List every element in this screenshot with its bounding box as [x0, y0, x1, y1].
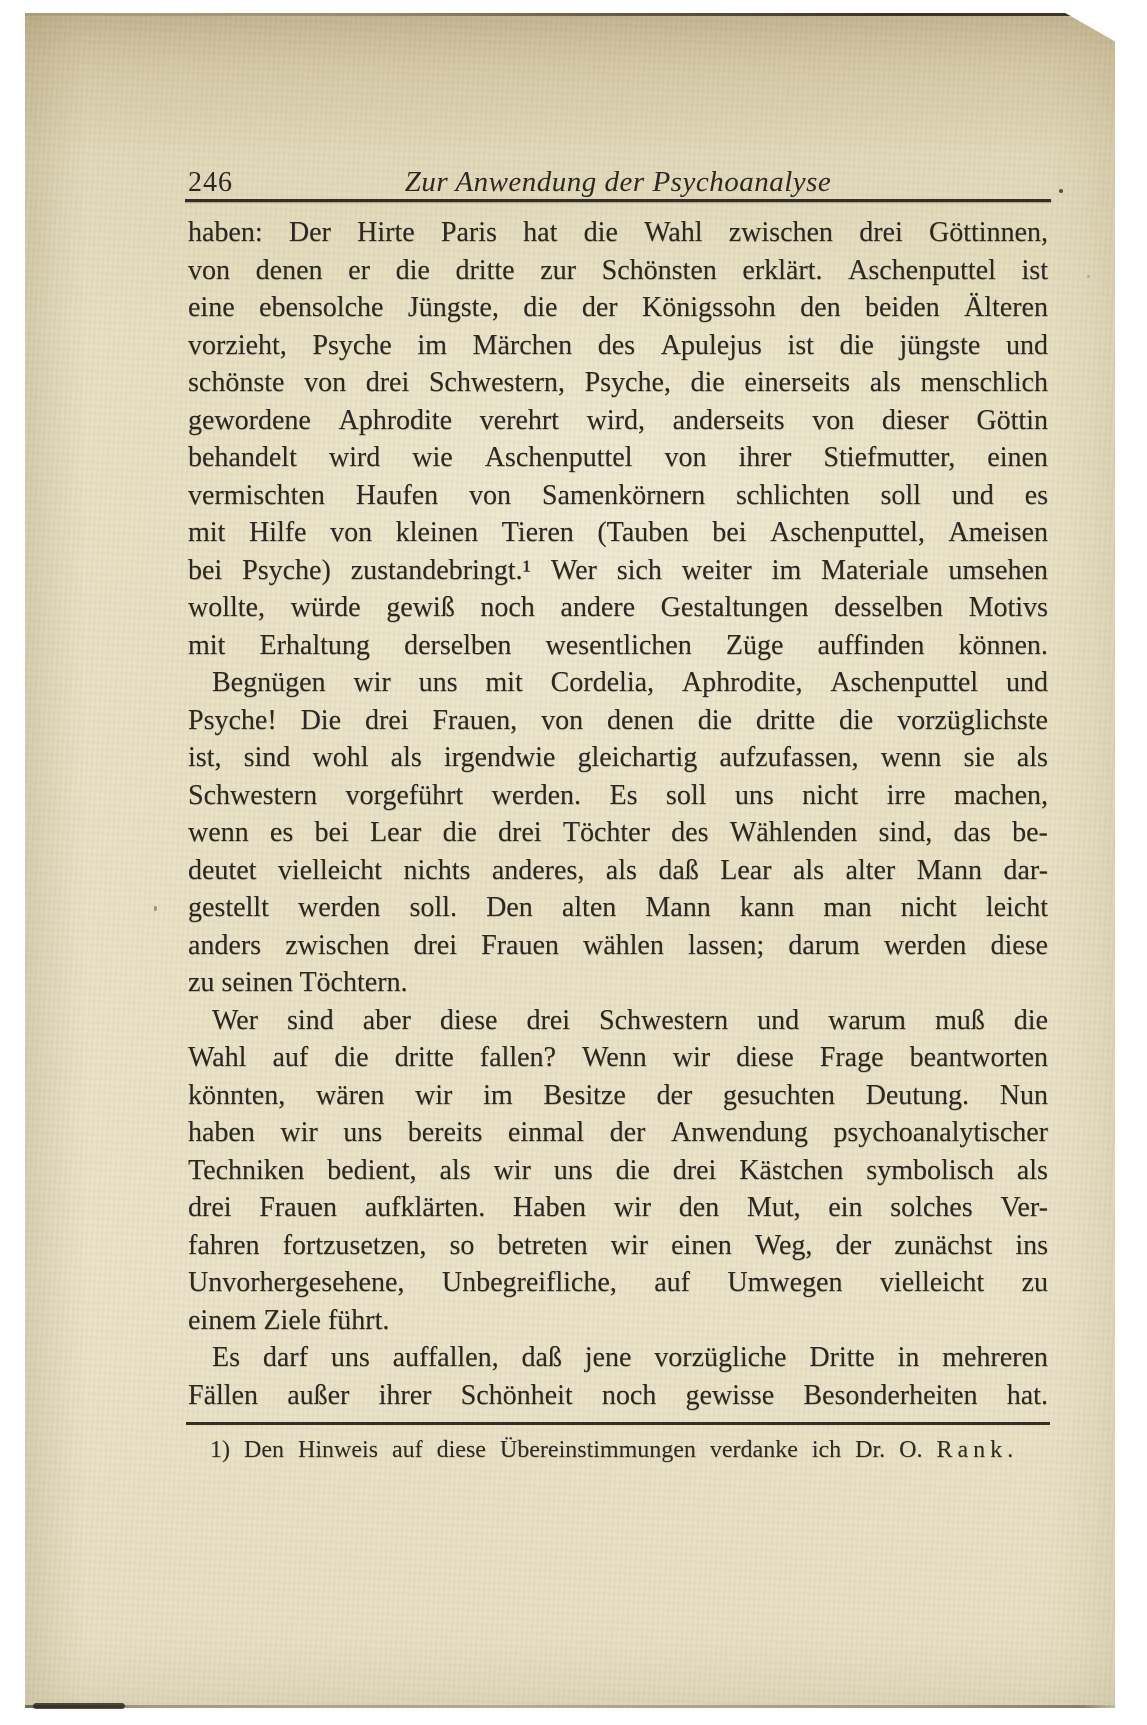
- text-line: vorzieht,PsycheimMärchendesApulejusistdi…: [188, 327, 1048, 365]
- footnote-separator-rule: [186, 1422, 1050, 1425]
- text-line: wollte,würdegewißnochandereGestaltungend…: [188, 589, 1048, 627]
- text-line: beiPsyche)zustandebringt.¹Wersichweiteri…: [188, 552, 1048, 590]
- text-line: WersindaberdiesedreiSchwesternundwarummu…: [188, 1002, 1048, 1040]
- text-line: gewordeneAphroditeverehrtwird,anderseits…: [188, 402, 1048, 440]
- text-line: ist,sindwohlalsirgendwiegleichartigaufzu…: [188, 739, 1048, 777]
- text-line: Wahlaufdiedrittefallen?WennwirdieseFrage…: [188, 1039, 1048, 1077]
- text-line: eineebensolcheJüngste,diederKönigssohnde…: [188, 289, 1048, 327]
- footnote-author-name: Rank.: [937, 1437, 1019, 1463]
- text-line: fahrenfortzusetzen,sobetretenwireinenWeg…: [188, 1227, 1048, 1265]
- footnote: 1) Den Hinweis auf diese Übereinstimmung…: [210, 1433, 1050, 1467]
- ink-speck: [154, 906, 157, 911]
- body-text: haben:DerHirteParishatdieWahlzwischendre…: [188, 214, 1048, 1414]
- text-line: Psyche!DiedreiFrauen,vondenendiedrittedi…: [188, 702, 1048, 740]
- ink-speck: [1059, 189, 1063, 193]
- text-line: vondenenerdiedrittezurSchönstenerklärt.A…: [188, 252, 1048, 290]
- page-bottom-edge-shadow: [25, 1705, 1115, 1708]
- footnote-marker: 1): [210, 1437, 230, 1463]
- text-line: anderszwischendreiFrauenwählenlassen;dar…: [188, 927, 1048, 965]
- header-rule: [185, 199, 1051, 202]
- text-line: mitHilfevonkleinenTieren(TaubenbeiAschen…: [188, 514, 1048, 552]
- text-line: schönstevondreiSchwestern,Psyche,dieeine…: [188, 364, 1048, 402]
- bottom-left-edge-mark: [33, 1703, 125, 1709]
- text-line: FällenaußerihrerSchönheitnochgewisseBeso…: [188, 1377, 1048, 1415]
- text-line: habenwirunsbereitseinmalderAnwendungpsyc…: [188, 1114, 1048, 1152]
- text-line: einem Ziele führt.: [188, 1302, 1048, 1340]
- text-line: behandeltwirdwieAschenputtelvonihrerStie…: [188, 439, 1048, 477]
- scanned-page-background: 246 Zur Anwendung der Psychoanalyse habe…: [0, 0, 1147, 1725]
- text-line: zu seinen Töchtern.: [188, 964, 1048, 1002]
- text-line: wennesbeiLeardiedreiTöchterdesWählendens…: [188, 814, 1048, 852]
- footnote-text: Den Hinweis auf diese Übereinstimmungen …: [244, 1437, 923, 1463]
- ink-speck: [1087, 275, 1090, 278]
- text-line: gestelltwerdensoll.DenaltenMannkannmanni…: [188, 889, 1048, 927]
- text-line: dreiFrauenaufklärten.HabenwirdenMut,eins…: [188, 1189, 1048, 1227]
- running-header: 246 Zur Anwendung der Psychoanalyse: [185, 161, 1051, 201]
- text-line: BegnügenwirunsmitCordelia,Aphrodite,Asch…: [188, 664, 1048, 702]
- text-line: Esdarfunsauffallen,daßjenevorzüglicheDri…: [188, 1339, 1048, 1377]
- page-top-edge-shadow: [25, 13, 1115, 16]
- text-line: mitErhaltungderselbenwesentlichenZügeauf…: [188, 627, 1048, 665]
- text-line: vermischtenHaufenvonSamenkörnernschlicht…: [188, 477, 1048, 515]
- text-line: Schwesternvorgeführtwerden.Essollunsnich…: [188, 777, 1048, 815]
- text-line: haben:DerHirteParishatdieWahlzwischendre…: [188, 214, 1048, 252]
- text-line: deutetvielleichtnichtsanderes,alsdaßLear…: [188, 852, 1048, 890]
- text-line: könnten,wärenwirimBesitzedergesuchtenDeu…: [188, 1077, 1048, 1115]
- text-line: Unvorhergesehene,Unbegreifliche,aufUmweg…: [188, 1264, 1048, 1302]
- book-page: 246 Zur Anwendung der Psychoanalyse habe…: [25, 13, 1115, 1708]
- top-right-corner-wedge: [1052, 12, 1116, 42]
- running-header-title: Zur Anwendung der Psychoanalyse: [185, 166, 1051, 199]
- text-line: Technikenbedient,alswirunsdiedreiKästche…: [188, 1152, 1048, 1190]
